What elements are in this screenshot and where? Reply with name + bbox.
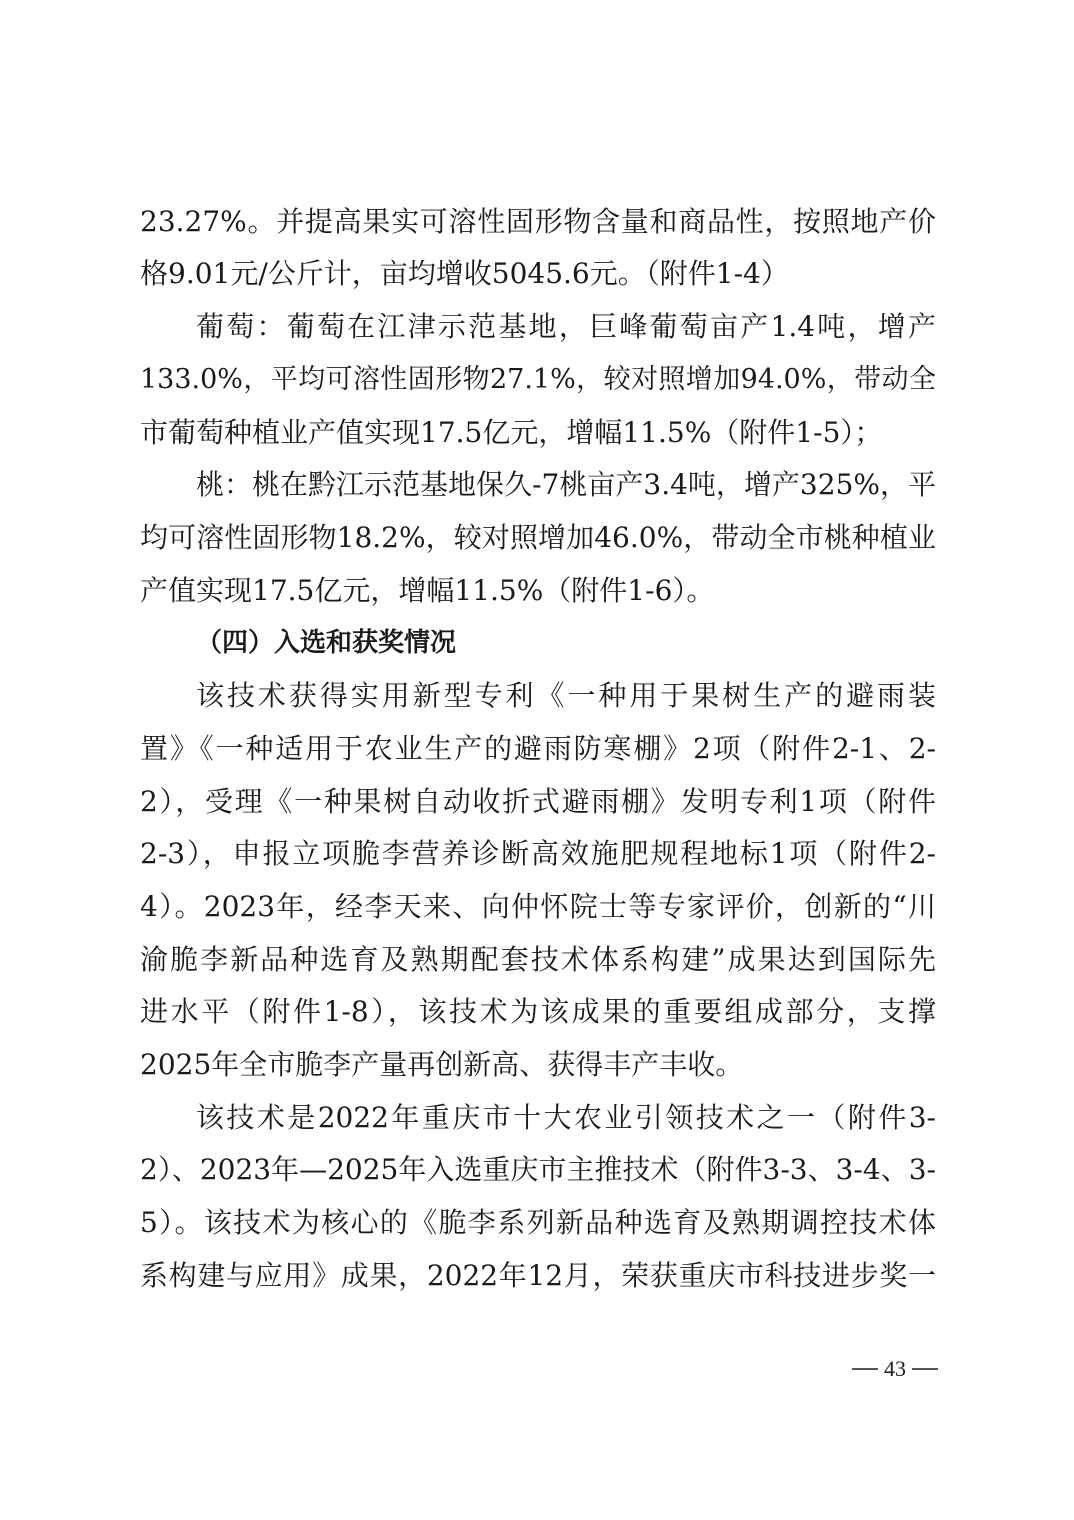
text-line: 该技术获得实用新型专利《一种用于果树生产的避雨装 xyxy=(196,676,936,716)
text-line: 2），受理《一种果树自动收折式避雨棚》发明专利1项（附件 xyxy=(140,782,936,822)
text-line: 4）。2023年，经李天来、向仲怀院士等专家评价，创新的“川 xyxy=(140,887,936,927)
footer-dash-right xyxy=(912,1368,938,1370)
text-line: 5）。该技术为核心的《脆李系列新品种选育及熟期调控技术体 xyxy=(140,1203,936,1243)
text-line: 133.0%，平均可溶性固形物27.1%，较对照增加94.0%，带动全 xyxy=(140,360,936,400)
footer-dash-left xyxy=(852,1368,878,1370)
section-heading: （四）入选和获奖情况 xyxy=(196,623,456,663)
text-line: 产值实现17.5亿元，增幅11.5%（附件1-6）。 xyxy=(140,571,936,611)
text-line: 桃：桃在黔江示范基地保久-7桃亩产3.4吨，增产325%，平 xyxy=(196,465,936,505)
document-page: 23.27%。并提高果实可溶性固形物含量和商品性，按照地产价 格9.01元/公斤… xyxy=(0,0,1074,1520)
text-line: 2025年全市脆李产量再创新高、获得丰产丰收。 xyxy=(140,1045,936,1085)
text-line: 2-3），申报立项脆李营养诊断高效施肥规程地标1项（附件2- xyxy=(140,834,936,874)
text-line: 系构建与应用》成果，2022年12月，荣获重庆市科技进步奖一 xyxy=(140,1256,936,1296)
text-line: 渝脆李新品种选育及熟期配套技术体系构建”成果达到国际先 xyxy=(140,940,936,980)
text-line: 市葡萄种植业产值实现17.5亿元，增幅11.5%（附件1-5）； xyxy=(140,413,936,453)
page-number: 43 xyxy=(884,1356,906,1382)
text-line: 葡萄：葡萄在江津示范基地，巨峰葡萄亩产1.4吨，增产 xyxy=(196,307,936,347)
text-line: 进水平（附件1-8），该技术为该成果的重要组成部分，支撑 xyxy=(140,992,936,1032)
text-line: 23.27%。并提高果实可溶性固形物含量和商品性，按照地产价 xyxy=(140,202,936,242)
page-footer: 43 xyxy=(845,1354,945,1384)
text-line: 格9.01元/公斤计，亩均增收5045.6元。（附件1-4） xyxy=(140,254,936,294)
text-line: 该技术是2022年重庆市十大农业引领技术之一（附件3- xyxy=(196,1098,936,1138)
text-line: 均可溶性固形物18.2%，较对照增加46.0%，带动全市桃种植业 xyxy=(140,518,936,558)
text-line: 2）、2023年—2025年入选重庆市主推技术（附件3-3、3-4、3- xyxy=(140,1150,936,1190)
text-line: 置》《一种适用于农业生产的避雨防寒棚》2项（附件2-1、2- xyxy=(140,729,936,769)
